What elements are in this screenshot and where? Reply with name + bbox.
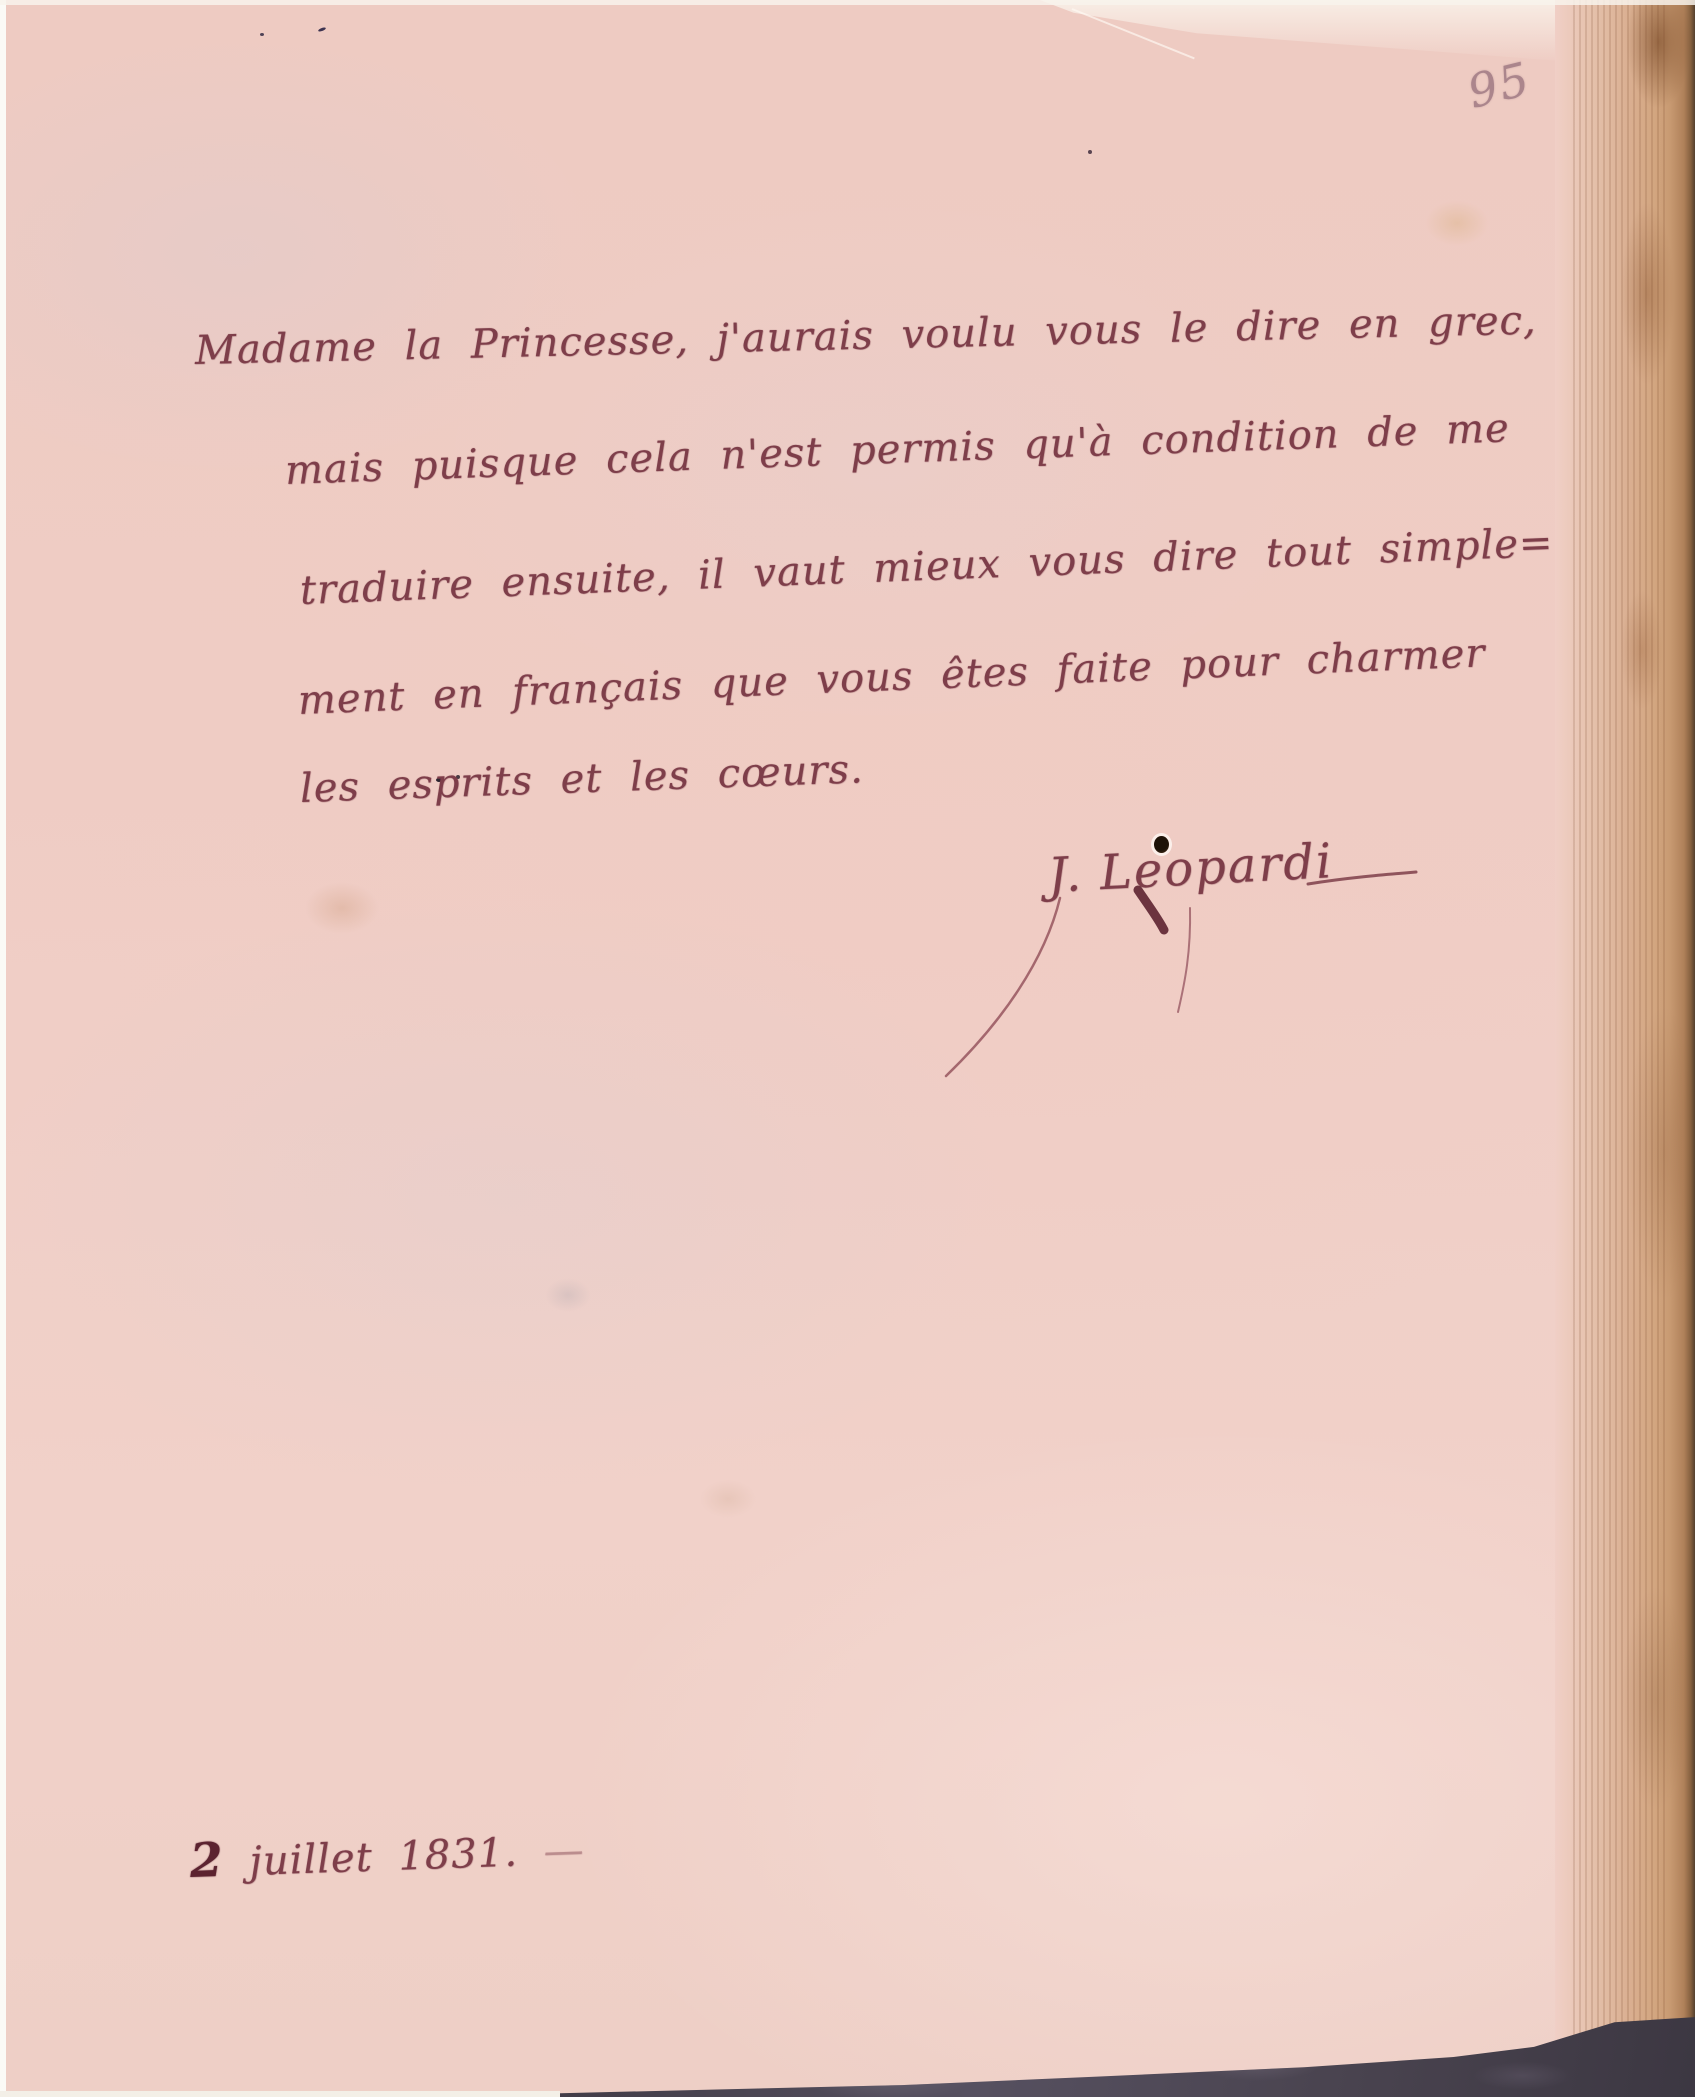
page-edge-striations xyxy=(1573,0,1669,2097)
scan-edge-left xyxy=(0,0,6,2097)
date-day: 2 xyxy=(189,1833,225,1889)
date-dash: — xyxy=(543,1827,586,1874)
manuscript-photo: 95 Madame la Princesse, j'aurais voulu v… xyxy=(0,0,1695,2097)
date-month-year: juillet 1831. xyxy=(249,1830,519,1885)
scan-edge-bottom xyxy=(0,2091,560,2097)
book-fore-edge xyxy=(1555,0,1695,2097)
scan-edge-top xyxy=(0,0,1695,5)
ink-blot xyxy=(1154,836,1169,853)
